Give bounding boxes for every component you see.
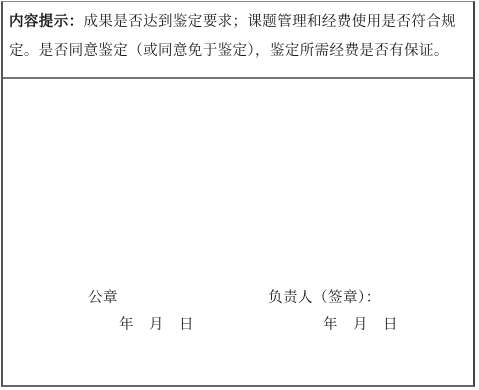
signature-date-year-label: 年 [323,313,338,334]
content-hint-label: 内容提示： [9,14,84,30]
responsible-signature-date: 年月日 [323,313,398,334]
content-hint-paragraph: 内容提示：成果是否达到鉴定要求；课题管理和经费使用是否符合规定。是否同意鉴定（或… [9,8,468,66]
opinion-body-cell[interactable]: 公章 负责人（签章）： 年月日 年月日 [3,79,473,385]
responsible-person-signature-label: 负责人（签章）： [268,286,381,307]
seal-date-year-label: 年 [119,313,134,334]
opinion-form-table: 内容提示：成果是否达到鉴定要求；课题管理和经费使用是否符合规定。是否同意鉴定（或… [1,1,475,387]
content-hint-cell: 内容提示：成果是否达到鉴定要求；课题管理和经费使用是否符合规定。是否同意鉴定（或… [3,2,473,79]
official-seal-label: 公章 [88,286,118,307]
seal-date: 年月日 [119,313,194,334]
signature-date-day-label: 日 [383,313,398,334]
seal-date-day-label: 日 [179,313,194,334]
seal-date-month-label: 月 [149,313,164,334]
signature-date-month-label: 月 [353,313,368,334]
